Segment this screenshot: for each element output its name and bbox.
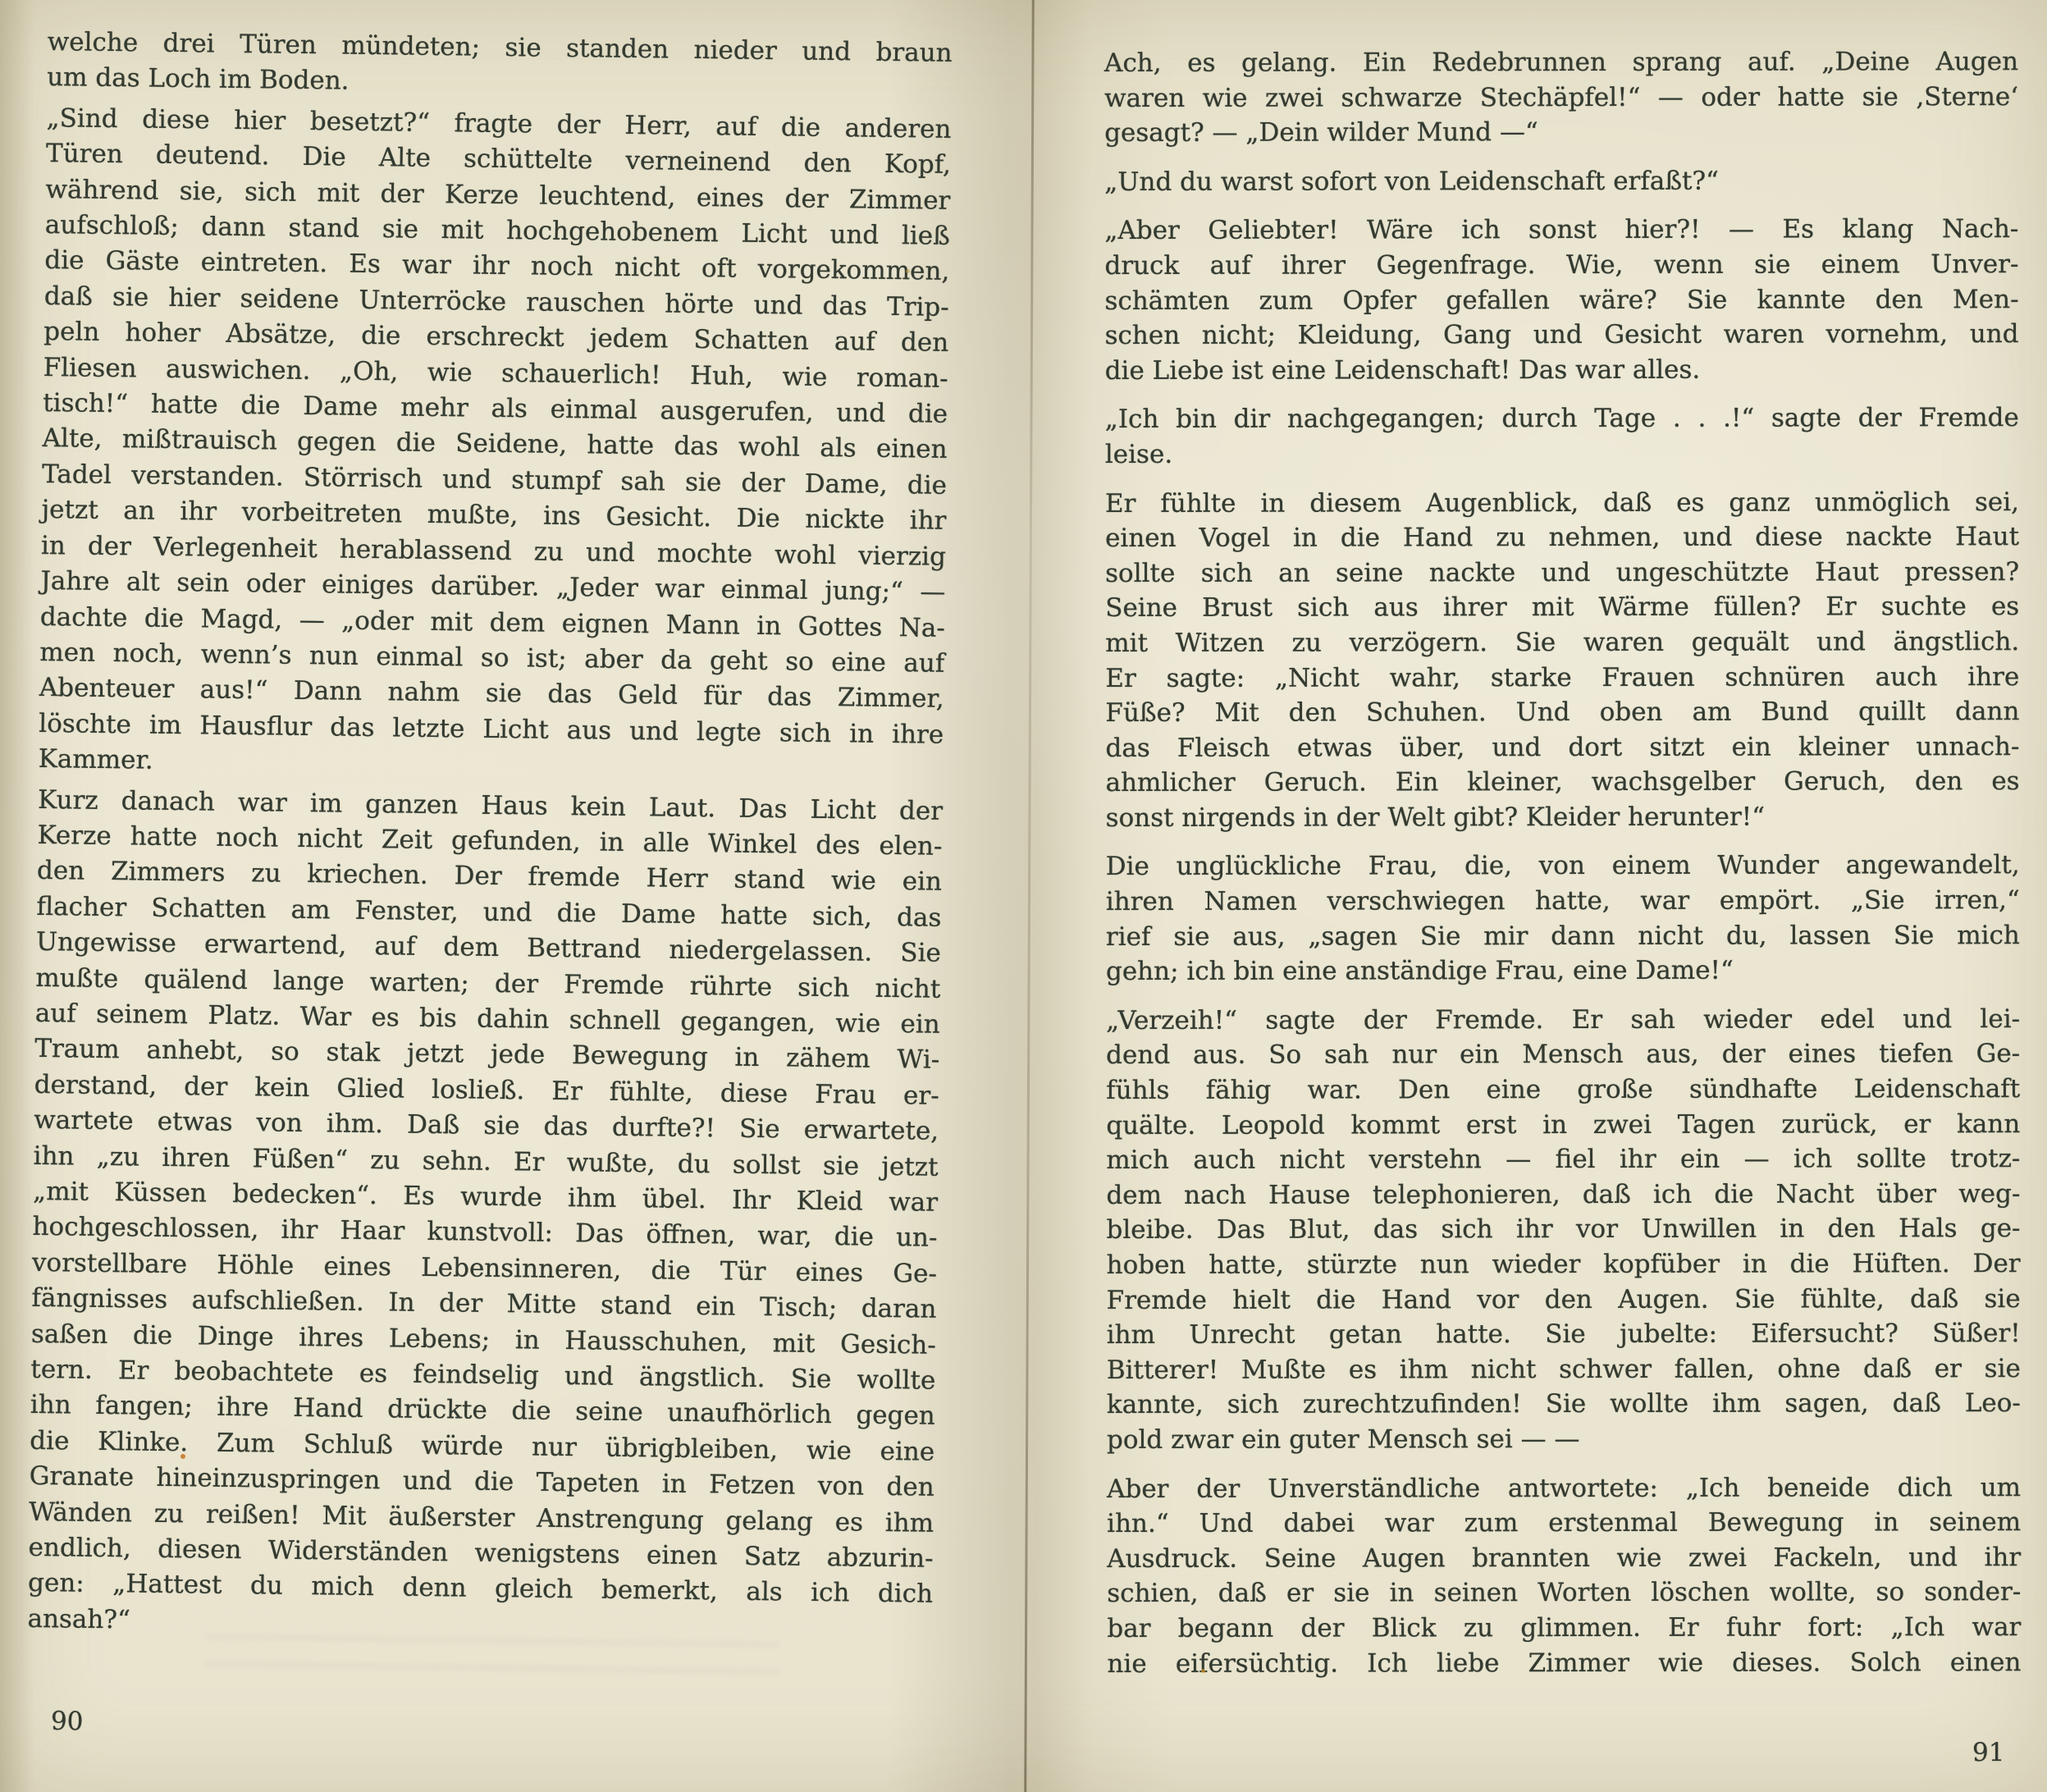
paragraph: „Verzeih!“ sagte der Fremde. Er sah wied… <box>1106 1002 2021 1458</box>
text-line: ihm Unrecht getan hatte. Sie jubelte: Ei… <box>1107 1316 2021 1353</box>
paragraph: „Sind diese hier besetzt?“ fragte der He… <box>38 101 951 789</box>
paragraph: welche drei Türen mündeten; sie standen … <box>47 25 953 107</box>
paper-speck <box>180 1454 185 1459</box>
text-line: Ausdruck. Seine Augen brannten wie zwei … <box>1107 1540 2021 1577</box>
text-line: leise. <box>1105 436 2019 473</box>
text-line: fühls fähig war. Den eine große sündhaft… <box>1106 1072 2020 1109</box>
text-line: gehn; ich bin eine anständige Frau, eine… <box>1106 953 2020 990</box>
text-line: rief sie aus, „sagen Sie mir dann nicht … <box>1106 918 2020 955</box>
text-line: ihn.“ Und dabei war zum erstenmal Bewegu… <box>1107 1505 2021 1542</box>
text-line: „Verzeih!“ sagte der Fremde. Er sah wied… <box>1106 1002 2020 1039</box>
text-line: hoben hatte, stürzte nun wieder kopfüber… <box>1107 1246 2021 1283</box>
text-line: dend aus. So sah nur ein Mensch aus, der… <box>1106 1036 2020 1073</box>
paper-speck <box>1201 1669 1205 1673</box>
text-line: einen Vogel in die Hand zu nehmen, und d… <box>1105 519 2019 556</box>
text-line: „Aber Geliebter! Wäre ich sonst hier?! —… <box>1104 212 2018 249</box>
text-line: quälte. Leopold kommt erst in zwei Tagen… <box>1106 1107 2020 1144</box>
text-line: nie eifersüchtig. Ich liebe Zimmer wie d… <box>1107 1645 2021 1682</box>
text-line: pold zwar ein guter Mensch sei — — <box>1107 1421 2021 1458</box>
text-line: bleibe. Das Blut, das sich ihr vor Unwil… <box>1106 1211 2020 1248</box>
text-line: schämten zum Opfer gefallen wäre? Sie ka… <box>1105 282 2019 319</box>
page-number-right: 91 <box>1972 1738 2004 1767</box>
text-line: Er sagte: „Nicht wahr, starke Frauen sch… <box>1105 660 2019 697</box>
text-line: dem nach Hause telephonieren, daß ich di… <box>1106 1177 2020 1214</box>
text-line: Bitterer! Mußte es ihm nicht schwer fall… <box>1107 1351 2021 1388</box>
gutter-fold-line <box>1024 0 1035 1792</box>
paragraph: Kurz danach war im ganzen Haus kein Laut… <box>27 782 943 1648</box>
paragraph: Er fühlte in diesem Augenblick, daß es g… <box>1105 485 2020 836</box>
text-line: Aber der Unverständliche antwortete: „Ic… <box>1107 1470 2021 1507</box>
text-line: Die unglückliche Frau, die, von einem Wu… <box>1106 848 2020 885</box>
text-line: Seine Brust sich aus ihrer mit Wärme fül… <box>1105 589 2019 626</box>
text-line: schen nicht; Kleidung, Gang und Gesicht … <box>1105 317 2019 354</box>
paragraph: „Und du warst sofort von Leidenschaft er… <box>1104 163 2018 200</box>
reverse-side-show-through <box>205 1633 780 1695</box>
paragraph: Ach, es gelang. Ein Redebrunnen sprang a… <box>1104 44 2018 151</box>
paragraph: „Ich bin dir nachgegangen; durch Tage . … <box>1105 400 2019 472</box>
text-line: Ach, es gelang. Ein Redebrunnen sprang a… <box>1104 44 2018 81</box>
text-line: kannte, sich zurechtzufinden! Sie wollte… <box>1107 1386 2021 1423</box>
text-line: mich auch nicht verstehn — fiel ihr ein … <box>1106 1141 2020 1178</box>
page-number-left: 90 <box>51 1707 84 1737</box>
text-line: „Und du warst sofort von Leidenschaft er… <box>1104 163 2018 200</box>
paper-speck <box>906 269 910 273</box>
paragraph: Die unglückliche Frau, die, von einem Wu… <box>1106 848 2020 990</box>
text-line: ihren Namen verschwiegen hatte, war empö… <box>1106 883 2020 920</box>
text-line: Fremde hielt die Hand vor den Augen. Sie… <box>1107 1282 2021 1319</box>
text-line: Er fühlte in diesem Augenblick, daß es g… <box>1105 485 2019 522</box>
text-line: mit Witzen zu verzögern. Sie waren gequä… <box>1105 624 2019 661</box>
text-line: ahmlicher Geruch. Ein kleiner, wachsgelb… <box>1106 764 2020 801</box>
text-line: sonst nirgends in der Welt gibt? Kleider… <box>1106 799 2020 836</box>
paragraph: „Aber Geliebter! Wäre ich sonst hier?! —… <box>1104 212 2018 388</box>
text-line: schien, daß er sie in seinen Worten lösc… <box>1107 1575 2021 1611</box>
paragraph: Aber der Unverständliche antwortete: „Ic… <box>1107 1470 2021 1682</box>
text-line: sollte sich an seine nackte und ungeschü… <box>1105 555 2019 592</box>
text-line: druck auf ihrer Gegenfrage. Wie, wenn si… <box>1104 247 2018 284</box>
page-left-text: welche drei Türen mündeten; sie standen … <box>27 25 953 1648</box>
text-line: waren wie zwei schwarze Stechäpfel!“ — o… <box>1104 80 2018 117</box>
text-line: das Fleisch etwas über, und dort sitzt e… <box>1105 729 2019 766</box>
text-line: die Liebe ist eine Leidenschaft! Das war… <box>1105 352 2019 389</box>
text-line: gesagt? — „Dein wilder Mund —“ <box>1104 114 2018 151</box>
text-line: Füße? Mit den Schuhen. Und oben am Bund … <box>1105 694 2019 731</box>
book-spread: welche drei Türen mündeten; sie standen … <box>0 0 2047 1792</box>
page-right-text: Ach, es gelang. Ein Redebrunnen sprang a… <box>1104 44 2021 1681</box>
text-line: bar begann der Blick zu glimmen. Er fuhr… <box>1107 1610 2021 1647</box>
text-line: „Ich bin dir nachgegangen; durch Tage . … <box>1105 400 2019 437</box>
